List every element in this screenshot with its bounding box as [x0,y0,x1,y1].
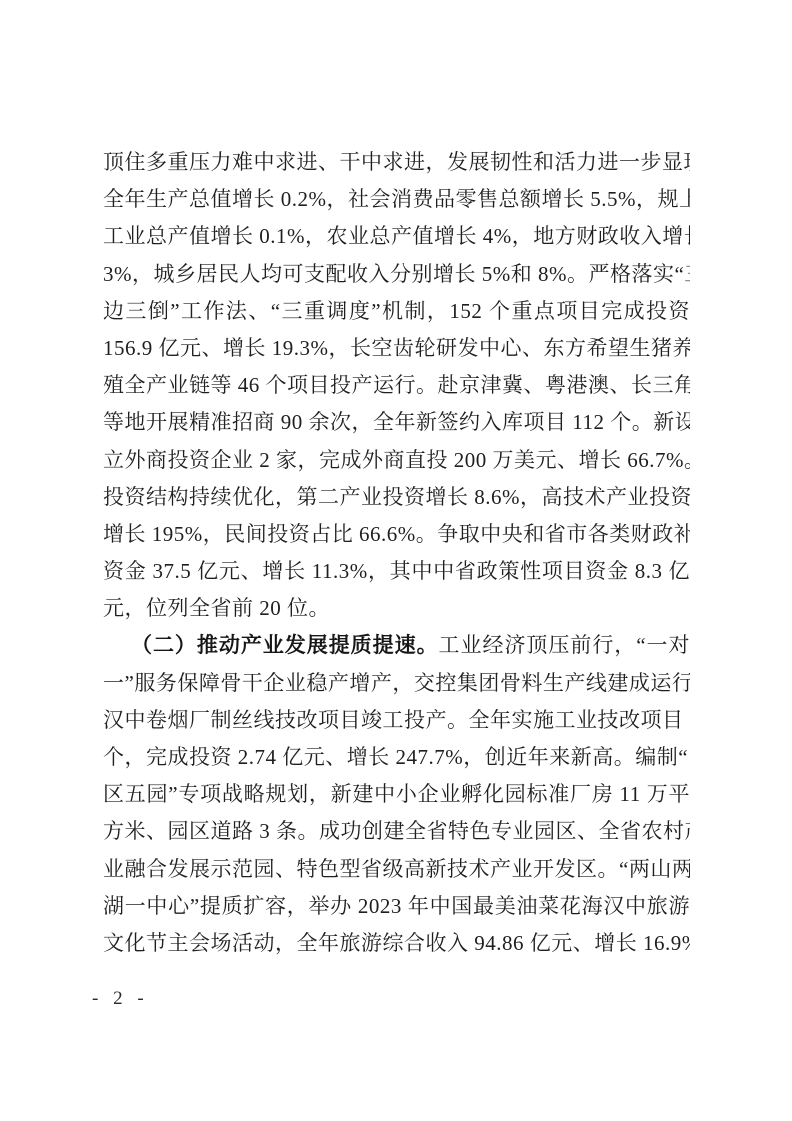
text-line: 区五园”专项战略规划，新建中小企业孵化园标准厂房 11 万平 [103,776,690,813]
document-page: 顶住多重压力难中求进、干中求进，发展韧性和活力进一步显现，全年生产总值增长 0.… [0,0,792,1121]
text-line: 方米、园区道路 3 条。成功创建全省特色专业园区、全省农村产 [103,813,690,850]
text-line: 增长 195%，民间投资占比 66.6%。争取中央和省市各类财政补助 [103,516,690,553]
paragraph-economy-overview: 顶住多重压力难中求进、干中求进，发展韧性和活力进一步显现，全年生产总值增长 0.… [103,144,690,627]
text-line: 汉中卷烟厂制丝线技改项目竣工投产。全年实施工业技改项目 6 [103,702,690,739]
text-line: 文化节主会场活动，全年旅游综合收入 94.86 亿元、增长 16.9%。 [103,925,690,962]
text-line: 156.9 亿元、增长 19.3%，长空齿轮研发中心、东方希望生猪养 [103,330,690,367]
text-line: 元，位列全省前 20 位。 [103,590,690,627]
text-line: 顶住多重压力难中求进、干中求进，发展韧性和活力进一步显现， [103,144,690,181]
page-number: - 2 - [92,988,149,1010]
text-line: （二）推动产业发展提质提速。工业经济顶压前行，“一对 [103,627,690,664]
text-line: 3%，城乡居民人均可支配收入分别增长 5%和 8%。严格落实“三 [103,256,690,293]
paragraph-industry-development: （二）推动产业发展提质提速。工业经济顶压前行，“一对一”服务保障骨干企业稳产增产… [103,627,690,962]
text-line: 投资结构持续优化，第二产业投资增长 8.6%，高技术产业投资 [103,479,690,516]
document-body: 顶住多重压力难中求进、干中求进，发展韧性和活力进一步显现，全年生产总值增长 0.… [103,144,690,962]
text-line: 边三倒”工作法、“三重调度”机制，152 个重点项目完成投资 [103,293,690,330]
text-line: 一”服务保障骨干企业稳产增产，交控集团骨料生产线建成运行， [103,665,690,702]
text-line: 湖一中心”提质扩容，举办 2023 年中国最美油菜花海汉中旅游 [103,888,690,925]
text-segment: 工业经济顶压前行，“一对 [439,633,690,657]
text-line: 殖全产业链等 46 个项目投产运行。赴京津冀、粤港澳、长三角 [103,367,690,404]
text-line: 立外商投资企业 2 家，完成外商直投 200 万美元、增长 66.7%。 [103,442,690,479]
section-heading: （二）推动产业发展提质提速。 [131,633,439,657]
text-line: 等地开展精准招商 90 余次，全年新签约入库项目 112 个。新设 [103,404,690,441]
text-line: 工业总产值增长 0.1%，农业总产值增长 4%，地方财政收入增长 [103,218,690,255]
text-line: 个，完成投资 2.74 亿元、增长 247.7%，创近年来新高。编制“四 [103,739,690,776]
text-line: 业融合发展示范园、特色型省级高新技术产业开发区。“两山两 [103,851,690,888]
text-line: 资金 37.5 亿元、增长 11.3%，其中中省政策性项目资金 8.3 亿 [103,553,690,590]
text-line: 全年生产总值增长 0.2%，社会消费品零售总额增长 5.5%，规上 [103,181,690,218]
